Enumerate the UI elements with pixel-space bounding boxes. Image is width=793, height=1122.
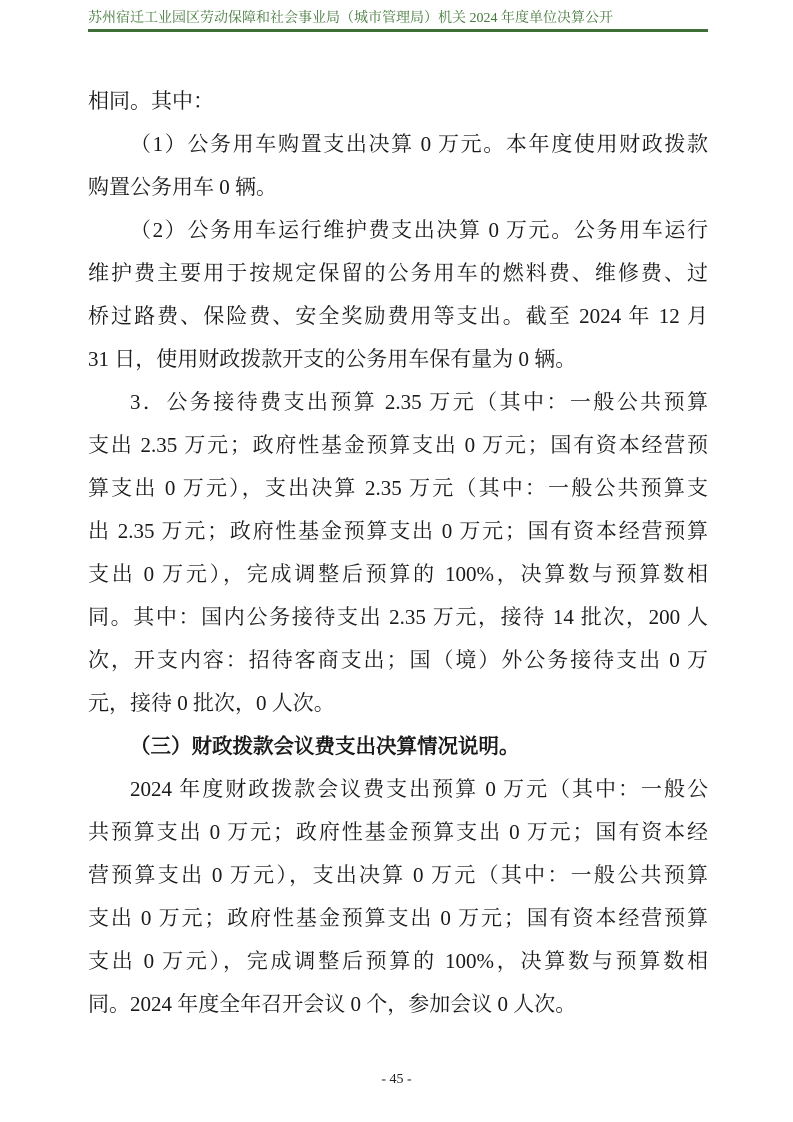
page-footer: - 45 -: [0, 1072, 793, 1088]
text-line: 支出 0 万元），完成调整后预算的 100%，决算数与预算数相: [88, 553, 708, 596]
text-line: 相同。其中：: [88, 80, 708, 123]
text-line: （2）公务用车运行维护费支出决算 0 万元。公务用车运行: [88, 209, 708, 252]
text-line: 出 2.35 万元；政府性基金预算支出 0 万元；国有资本经营预算: [88, 510, 708, 553]
text-line: 31 日，使用财政拨款开支的公务用车保有量为 0 辆。: [88, 338, 708, 381]
text-line: 算支出 0 万元），支出决算 2.35 万元（其中：一般公共预算支: [88, 467, 708, 510]
page-header-title: 苏州宿迁工业园区劳动保障和社会事业局（城市管理局）机关 2024 年度单位决算公…: [88, 9, 708, 29]
document-page: { "document": { "header": { "title": "苏州…: [0, 0, 793, 1122]
document-body: 相同。其中： （1）公务用车购置支出决算 0 万元。本年度使用财政拨款 购置公务…: [88, 80, 708, 1026]
text-line: 购置公务用车 0 辆。: [88, 166, 708, 209]
text-line: 营预算支出 0 万元），支出决算 0 万元（其中：一般公共预算: [88, 854, 708, 897]
text-line: 支出 0 万元），完成调整后预算的 100%，决算数与预算数相: [88, 940, 708, 983]
text-line: 维护费主要用于按规定保留的公务用车的燃料费、维修费、过: [88, 252, 708, 295]
text-line: 元，接待 0 批次，0 人次。: [88, 682, 708, 725]
text-line: 支出 2.35 万元；政府性基金预算支出 0 万元；国有资本经营预: [88, 424, 708, 467]
text-line: 2024 年度财政拨款会议费支出预算 0 万元（其中：一般公: [88, 768, 708, 811]
section-heading: （三）财政拨款会议费支出决算情况说明。: [88, 725, 708, 768]
text-line: 3．公务接待费支出预算 2.35 万元（其中：一般公共预算: [88, 381, 708, 424]
text-line: 次，开支内容：招待客商支出；国（境）外公务接待支出 0 万: [88, 639, 708, 682]
text-line: 共预算支出 0 万元；政府性基金预算支出 0 万元；国有资本经: [88, 811, 708, 854]
text-line: 支出 0 万元；政府性基金预算支出 0 万元；国有资本经营预算: [88, 897, 708, 940]
page-number: - 45 -: [381, 1072, 411, 1087]
text-line: 同。其中：国内公务接待支出 2.35 万元，接待 14 批次，200 人: [88, 596, 708, 639]
text-line: 同。2024 年度全年召开会议 0 个，参加会议 0 人次。: [88, 983, 708, 1026]
text-line: 桥过路费、保险费、安全奖励费用等支出。截至 2024 年 12 月: [88, 295, 708, 338]
text-line: （1）公务用车购置支出决算 0 万元。本年度使用财政拨款: [88, 123, 708, 166]
header-divider-rule: [88, 29, 708, 32]
